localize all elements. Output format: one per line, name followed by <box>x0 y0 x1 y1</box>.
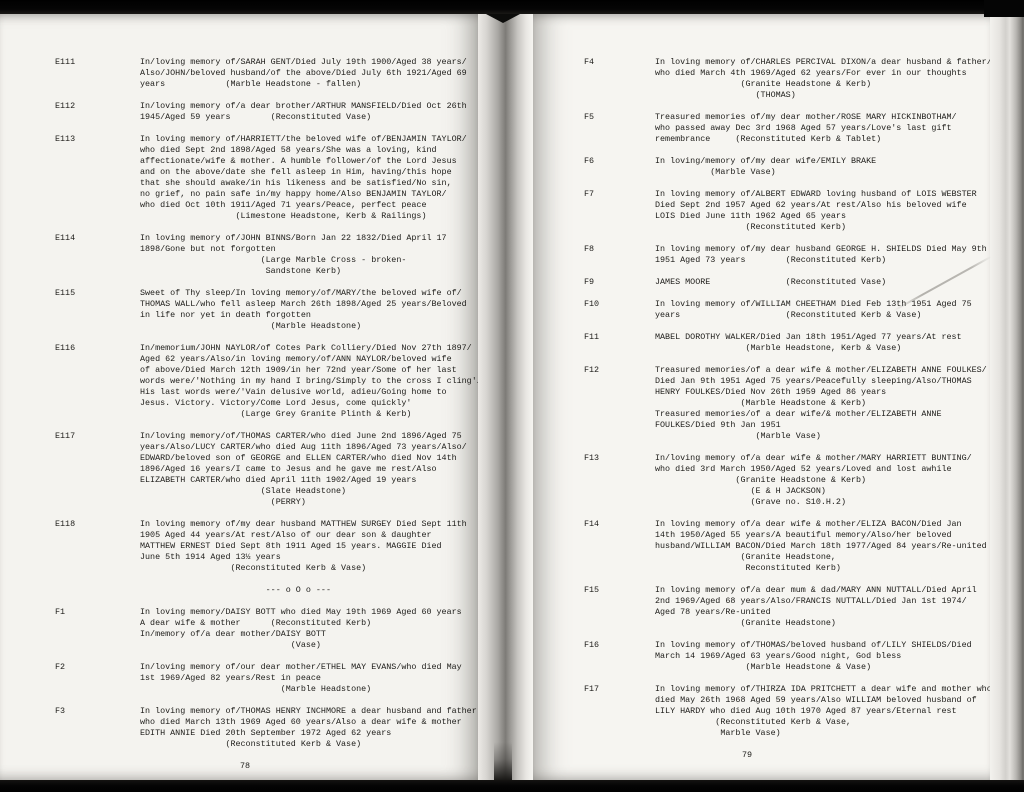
book-gutter <box>478 14 533 780</box>
entries-left: E111In/loving memory of/SARAH GENT/Died … <box>55 57 478 750</box>
scanner-bottom-bar <box>0 780 1024 792</box>
memorial-entry: E111In/loving memory of/SARAH GENT/Died … <box>55 57 478 90</box>
entry-id: E117 <box>55 431 140 508</box>
memorial-entry: F5Treasured memories of/my dear mother/R… <box>584 112 990 145</box>
entry-text: In loving memory of/my dear husband MATT… <box>140 519 467 574</box>
entry-text: In/loving memory of/our dear mother/ETHE… <box>140 662 462 695</box>
entry-id: E118 <box>55 519 140 574</box>
entry-id: F14 <box>584 519 655 574</box>
entry-id: F2 <box>55 662 140 695</box>
entry-text: --- o O o --- <box>140 585 331 596</box>
entry-text: In/memorium/JOHN NAYLOR/of Cotes Park Co… <box>140 343 482 420</box>
memorial-entry: F14In loving memory of/a dear wife & mot… <box>584 519 990 574</box>
memorial-entry: F13In/loving memory of/a dear wife & mot… <box>584 453 990 508</box>
entry-id: F3 <box>55 706 140 750</box>
memorial-entry: E112In/loving memory of/a dear brother/A… <box>55 101 478 123</box>
page-edge-right <box>990 14 1024 780</box>
entry-id: E111 <box>55 57 140 90</box>
page-right: F4In loving memory of/CHARLES PERCIVAL D… <box>533 14 990 780</box>
entry-id: E114 <box>55 233 140 277</box>
memorial-entry: F8In loving memory of/my dear husband GE… <box>584 244 990 266</box>
page-right-content: F4In loving memory of/CHARLES PERCIVAL D… <box>533 14 990 780</box>
entry-id <box>55 585 140 596</box>
gutter-top-shadow <box>486 14 520 23</box>
entry-text: In loving memory of/JOHN BINNS/Born Jan … <box>140 233 447 277</box>
memorial-entry: E116In/memorium/JOHN NAYLOR/of Cotes Par… <box>55 343 478 420</box>
entry-text: MABEL DOROTHY WALKER/Died Jan 18th 1951/… <box>655 332 962 354</box>
entry-text: In loving memory of/THOMAS/beloved husba… <box>655 640 972 673</box>
memorial-entry: E117In/loving memory/of/THOMAS CARTER/wh… <box>55 431 478 508</box>
entry-text: In/loving memory/of/THOMAS CARTER/who di… <box>140 431 467 508</box>
memorial-entry: F6In loving/memory of/my dear wife/EMILY… <box>584 156 990 178</box>
memorial-entry: E118In loving memory of/my dear husband … <box>55 519 478 574</box>
entry-text: In loving memory of/THOMAS HENRY INCHMOR… <box>140 706 477 750</box>
memorial-entry: F9JAMES MOORE (Reconstituted Vase) <box>584 277 990 288</box>
entry-text: Treasured memories/of a dear wife & moth… <box>655 365 987 442</box>
entry-text: In loving memory of/HARRIETT/the beloved… <box>140 134 467 222</box>
page-left-content: E111In/loving memory of/SARAH GENT/Died … <box>0 14 478 780</box>
entry-id: F10 <box>584 299 655 321</box>
entry-id: F7 <box>584 189 655 233</box>
memorial-entry: E113In loving memory of/HARRIETT/the bel… <box>55 134 478 222</box>
entry-text: In loving/memory of/my dear wife/EMILY B… <box>655 156 876 178</box>
entry-text: In loving memory/DAISY BOTT who died May… <box>140 607 462 651</box>
entry-text: In loving memory of/a dear wife & mother… <box>655 519 987 574</box>
memorial-entry: F7In loving memory of/ALBERT EDWARD lovi… <box>584 189 990 233</box>
section-separator: --- o O o --- <box>55 585 478 596</box>
entry-text: In loving memory of/my dear husband GEOR… <box>655 244 987 266</box>
memorial-entry: F4In loving memory of/CHARLES PERCIVAL D… <box>584 57 990 101</box>
entry-text: In loving memory of/WILLIAM CHEETHAM Die… <box>655 299 972 321</box>
entry-id: F4 <box>584 57 655 101</box>
book-scan: E111In/loving memory of/SARAH GENT/Died … <box>0 0 1024 792</box>
entry-text: In loving memory of/a dear mum & dad/MAR… <box>655 585 977 629</box>
scanner-top-right-block <box>984 0 1024 17</box>
memorial-entry: F2In/loving memory of/our dear mother/ET… <box>55 662 478 695</box>
entry-id: E113 <box>55 134 140 222</box>
memorial-entry: E115Sweet of Thy sleep/In loving memory/… <box>55 288 478 332</box>
scanner-top-bar <box>0 0 1024 14</box>
entry-text: In/loving memory of/a dear wife & mother… <box>655 453 972 508</box>
entry-id: E112 <box>55 101 140 123</box>
entry-id: F9 <box>584 277 655 288</box>
entry-text: In loving memory of/ALBERT EDWARD loving… <box>655 189 977 233</box>
entry-text: In/loving memory of/SARAH GENT/Died July… <box>140 57 467 90</box>
page-number-left: 78 <box>240 761 478 772</box>
entry-text: In loving memory of/THIRZA IDA PRITCHETT… <box>655 684 992 739</box>
page-left: E111In/loving memory of/SARAH GENT/Died … <box>0 14 478 780</box>
memorial-entry: F1In loving memory/DAISY BOTT who died M… <box>55 607 478 651</box>
memorial-entry: F16In loving memory of/THOMAS/beloved hu… <box>584 640 990 673</box>
memorial-entry: F11MABEL DOROTHY WALKER/Died Jan 18th 19… <box>584 332 990 354</box>
entry-text: In/loving memory of/a dear brother/ARTHU… <box>140 101 467 123</box>
memorial-entry: F3In loving memory of/THOMAS HENRY INCHM… <box>55 706 478 750</box>
entry-id: E116 <box>55 343 140 420</box>
memorial-entry: F12Treasured memories/of a dear wife & m… <box>584 365 990 442</box>
entry-id: F16 <box>584 640 655 673</box>
page-number-right: 79 <box>742 750 990 761</box>
entry-text: Sweet of Thy sleep/In loving memory/of/M… <box>140 288 467 332</box>
entry-id: F8 <box>584 244 655 266</box>
entry-id: F6 <box>584 156 655 178</box>
entry-text: In loving memory of/CHARLES PERCIVAL DIX… <box>655 57 992 101</box>
memorial-entry: F17In loving memory of/THIRZA IDA PRITCH… <box>584 684 990 739</box>
entry-id: E115 <box>55 288 140 332</box>
entry-text: Treasured memories of/my dear mother/ROS… <box>655 112 957 145</box>
entry-id: F12 <box>584 365 655 442</box>
entry-id: F1 <box>55 607 140 651</box>
entries-right: F4In loving memory of/CHARLES PERCIVAL D… <box>584 57 990 739</box>
entry-id: F5 <box>584 112 655 145</box>
gutter-bottom-shadow <box>494 742 512 780</box>
entry-id: F15 <box>584 585 655 629</box>
entry-id: F17 <box>584 684 655 739</box>
entry-text: JAMES MOORE (Reconstituted Vase) <box>655 277 886 288</box>
memorial-entry: F10In loving memory of/WILLIAM CHEETHAM … <box>584 299 990 321</box>
memorial-entry: F15In loving memory of/a dear mum & dad/… <box>584 585 990 629</box>
memorial-entry: E114In loving memory of/JOHN BINNS/Born … <box>55 233 478 277</box>
entry-id: F11 <box>584 332 655 354</box>
entry-id: F13 <box>584 453 655 508</box>
